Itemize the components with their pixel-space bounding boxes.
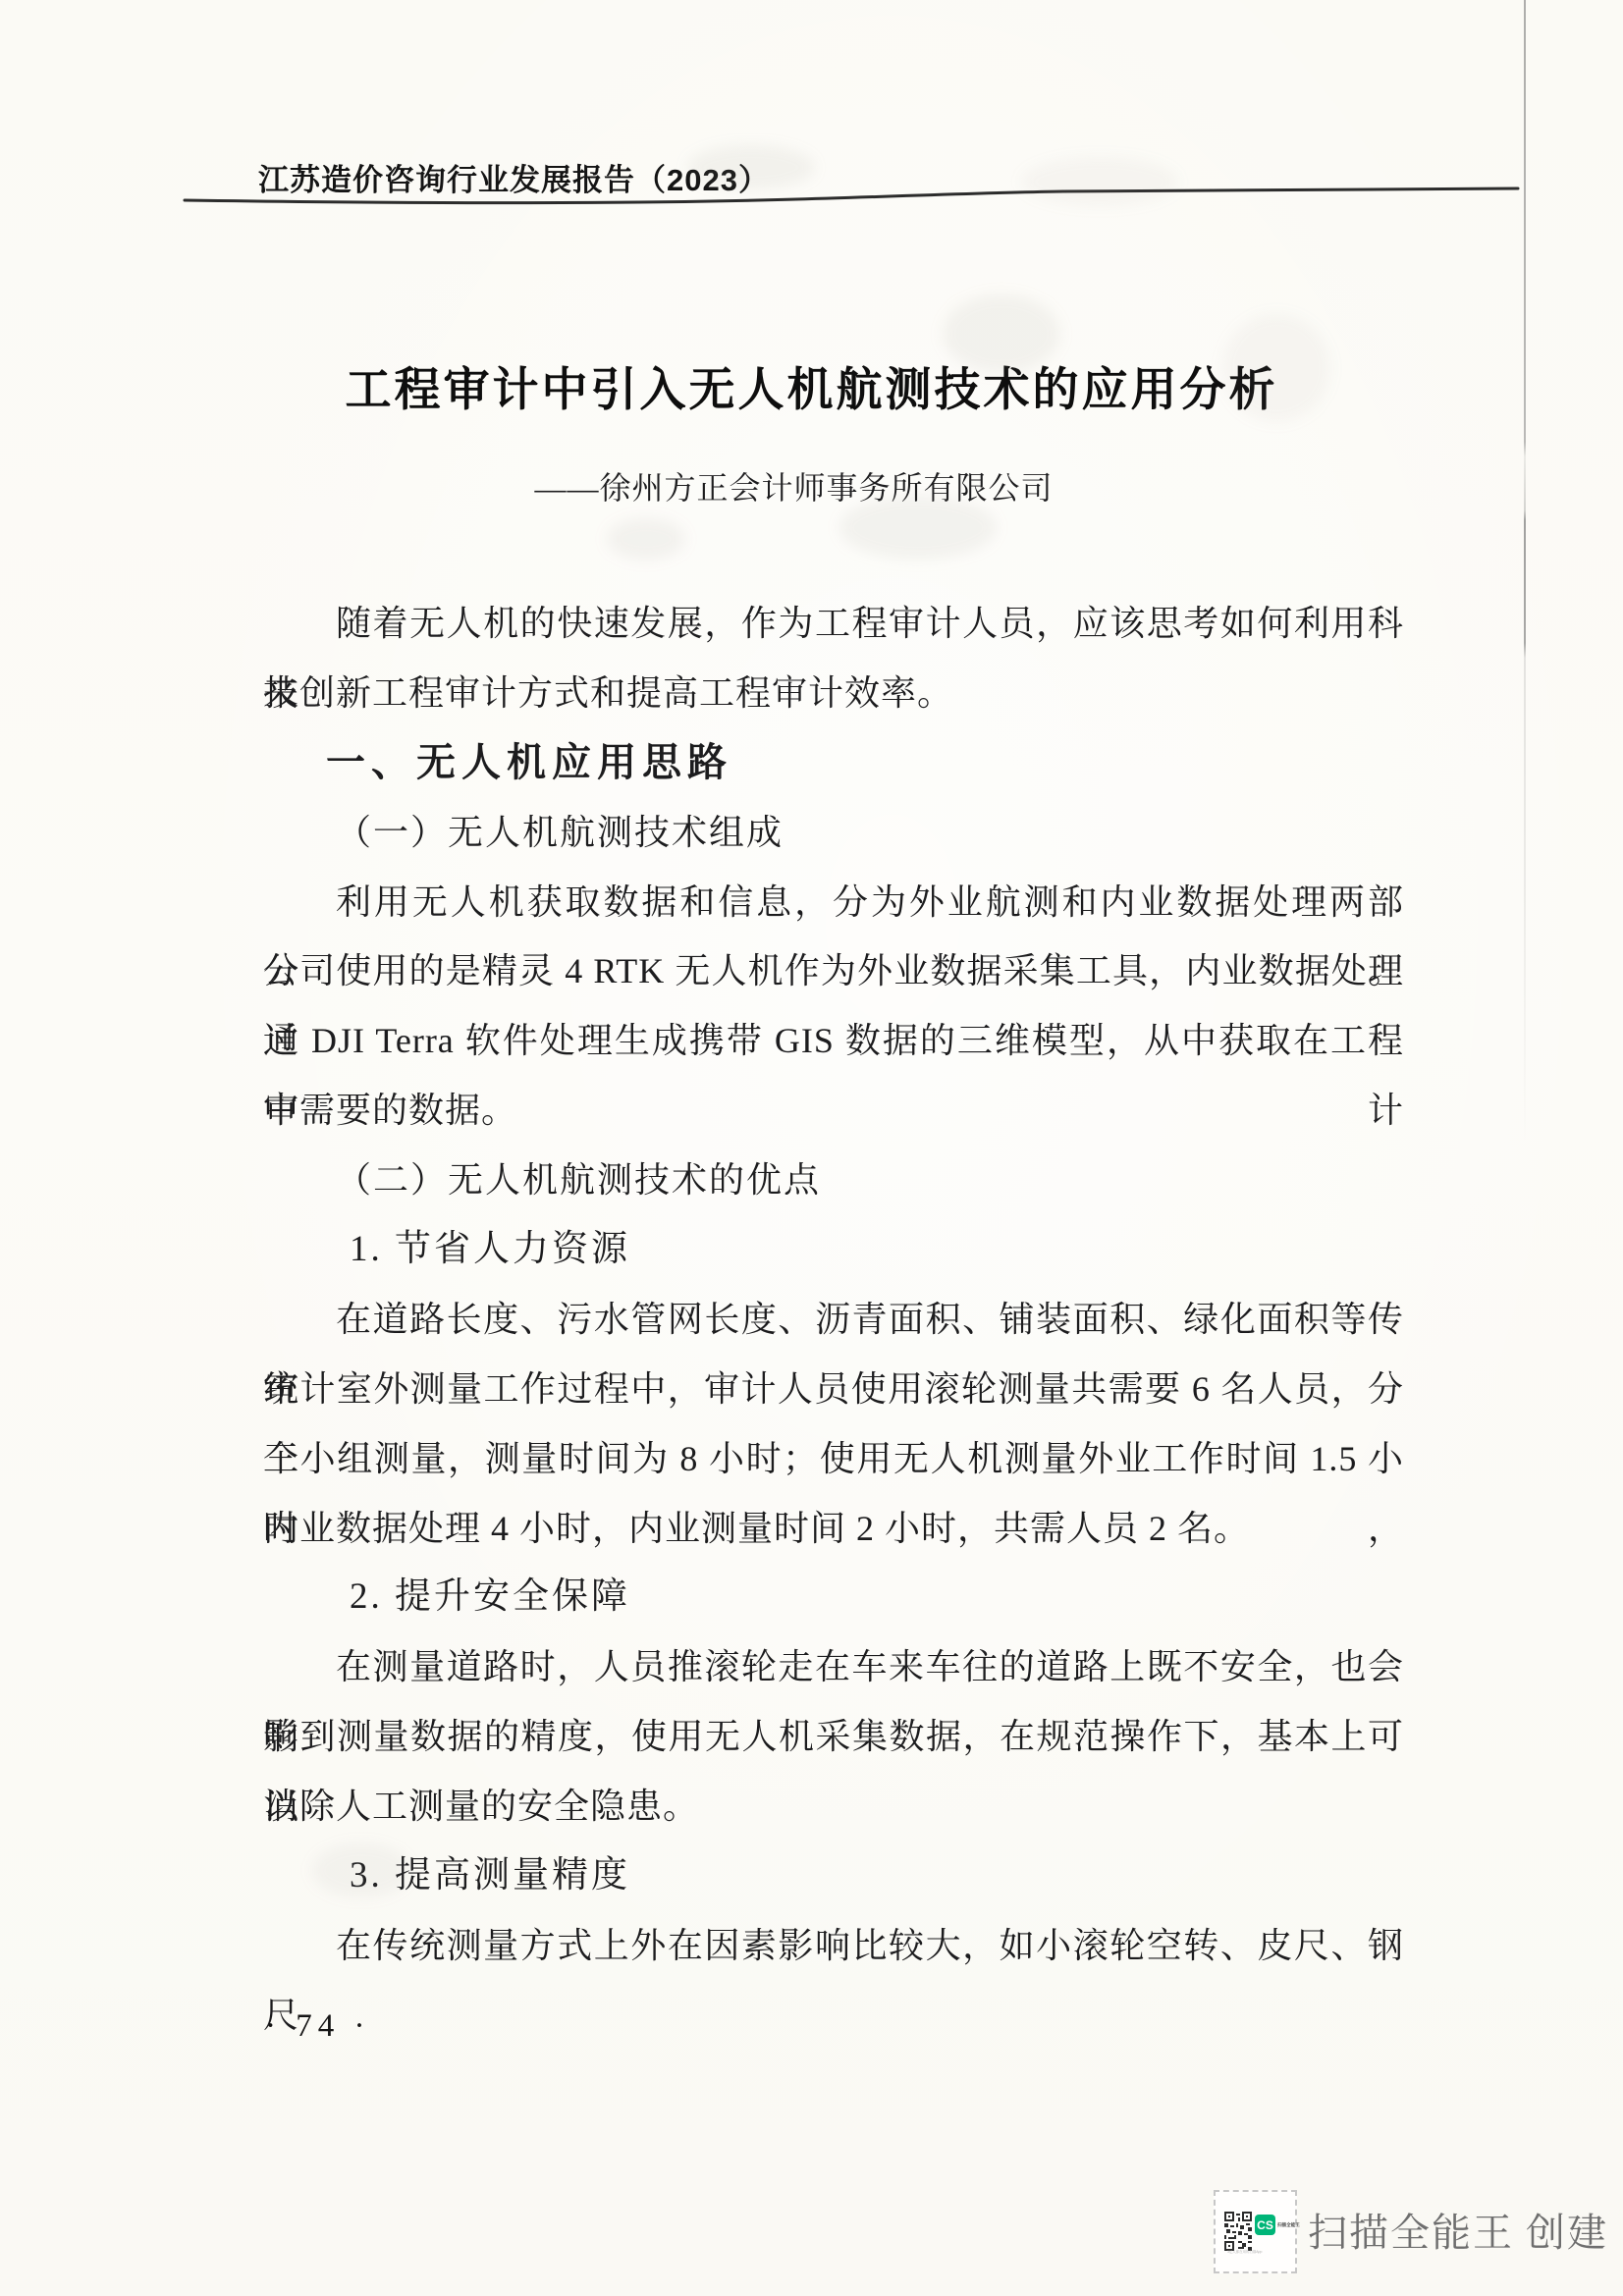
section-heading: （一）无人机航测技术组成: [263, 798, 1404, 868]
article-title: 工程审计中引入无人机航测技术的应用分析: [0, 353, 1623, 419]
paper-smudge: [607, 518, 685, 560]
camscanner-badge-name: 扫描全能王: [1277, 2221, 1300, 2227]
paper-smudge: [943, 294, 1060, 373]
camscanner-logo-icon: CS: [1255, 2215, 1275, 2235]
body-text-line: 在道路长度、污水管网长度、沥青面积、铺装面积、绿化面积等传统: [263, 1285, 1404, 1355]
body-text-line: 随着无人机的快速发展，作为工程审计人员，应该思考如何利用科技: [263, 589, 1404, 659]
scan-edge-line: [1524, 0, 1526, 1144]
article-byline: ——徐州方正会计师事务所有限公司: [0, 463, 1605, 508]
page-number: · 74 ·: [265, 2008, 370, 2045]
header-rule: [0, 182, 1623, 213]
body-text-line: 在传统测量方式上外在因素影响比较大，如小滚轮空转、皮尺、钢尺: [263, 1911, 1404, 1981]
body-text-line: 个小组测量，测量时间为 8 小时；使用无人机测量外业工作时间 1.5 小时，: [263, 1424, 1404, 1494]
body-text-line: 利用无人机获取数据和信息，分为外业航测和内业数据处理两部分。: [263, 868, 1404, 937]
section-heading: 3. 提高测量精度: [263, 1842, 1404, 1911]
camscanner-watermark-label: 扫描全能王 创建: [1308, 2202, 1608, 2258]
body-text-line: 内业数据处理 4 小时，内业测量时间 2 小时，共需人员 2 名。: [263, 1494, 1404, 1564]
paper-smudge: [1222, 314, 1330, 422]
paper-smudge: [687, 145, 815, 189]
body-text-line: 消除人工测量的安全隐患。: [263, 1772, 1404, 1842]
section-heading: 1. 节省人力资源: [263, 1215, 1404, 1285]
section-heading: 2. 提升安全保障: [263, 1563, 1404, 1632]
paper-smudge: [312, 1843, 410, 1897]
article-body: 随着无人机的快速发展，作为工程审计人员，应该思考如何利用科技来创新工程审计方式和…: [263, 589, 1404, 1981]
body-text-line: 审计室外测量工作过程中，审计人员使用滚轮测量共需要 6 名人员，分三: [263, 1355, 1404, 1424]
camscanner-badge-tagline: 3亿人都在用的扫描App: [1227, 2249, 1294, 2254]
section-heading: 一、无人机应用思路: [263, 728, 1404, 798]
body-text-line: 来创新工程审计方式和提高工程审计效率。: [263, 659, 1404, 728]
camscanner-badge: CS 扫描全能王 3亿人都在用的扫描App: [1214, 2190, 1297, 2273]
body-text-line: 过 DJI Terra 软件处理生成携带 GIS 数据的三维模型，从中获取在工程…: [263, 1006, 1404, 1076]
body-text-line: 在测量道路时，人员推滚轮走在车来车往的道路上既不安全，也会影: [263, 1632, 1404, 1702]
body-text-line: 公司使用的是精灵 4 RTK 无人机作为外业数据采集工具，内业数据处理通: [263, 936, 1404, 1006]
qr-code-icon: [1224, 2212, 1252, 2251]
body-text-line: 响到测量数据的精度，使用无人机采集数据，在规范操作下，基本上可以: [263, 1702, 1404, 1772]
paper-smudge: [1021, 157, 1178, 206]
section-heading: （二）无人机航测技术的优点: [263, 1146, 1404, 1215]
scanned-document-page: 江苏造价咨询行业发展报告（2023） 工程审计中引入无人机航测技术的应用分析 —…: [0, 0, 1623, 2296]
paper-smudge: [839, 496, 997, 560]
